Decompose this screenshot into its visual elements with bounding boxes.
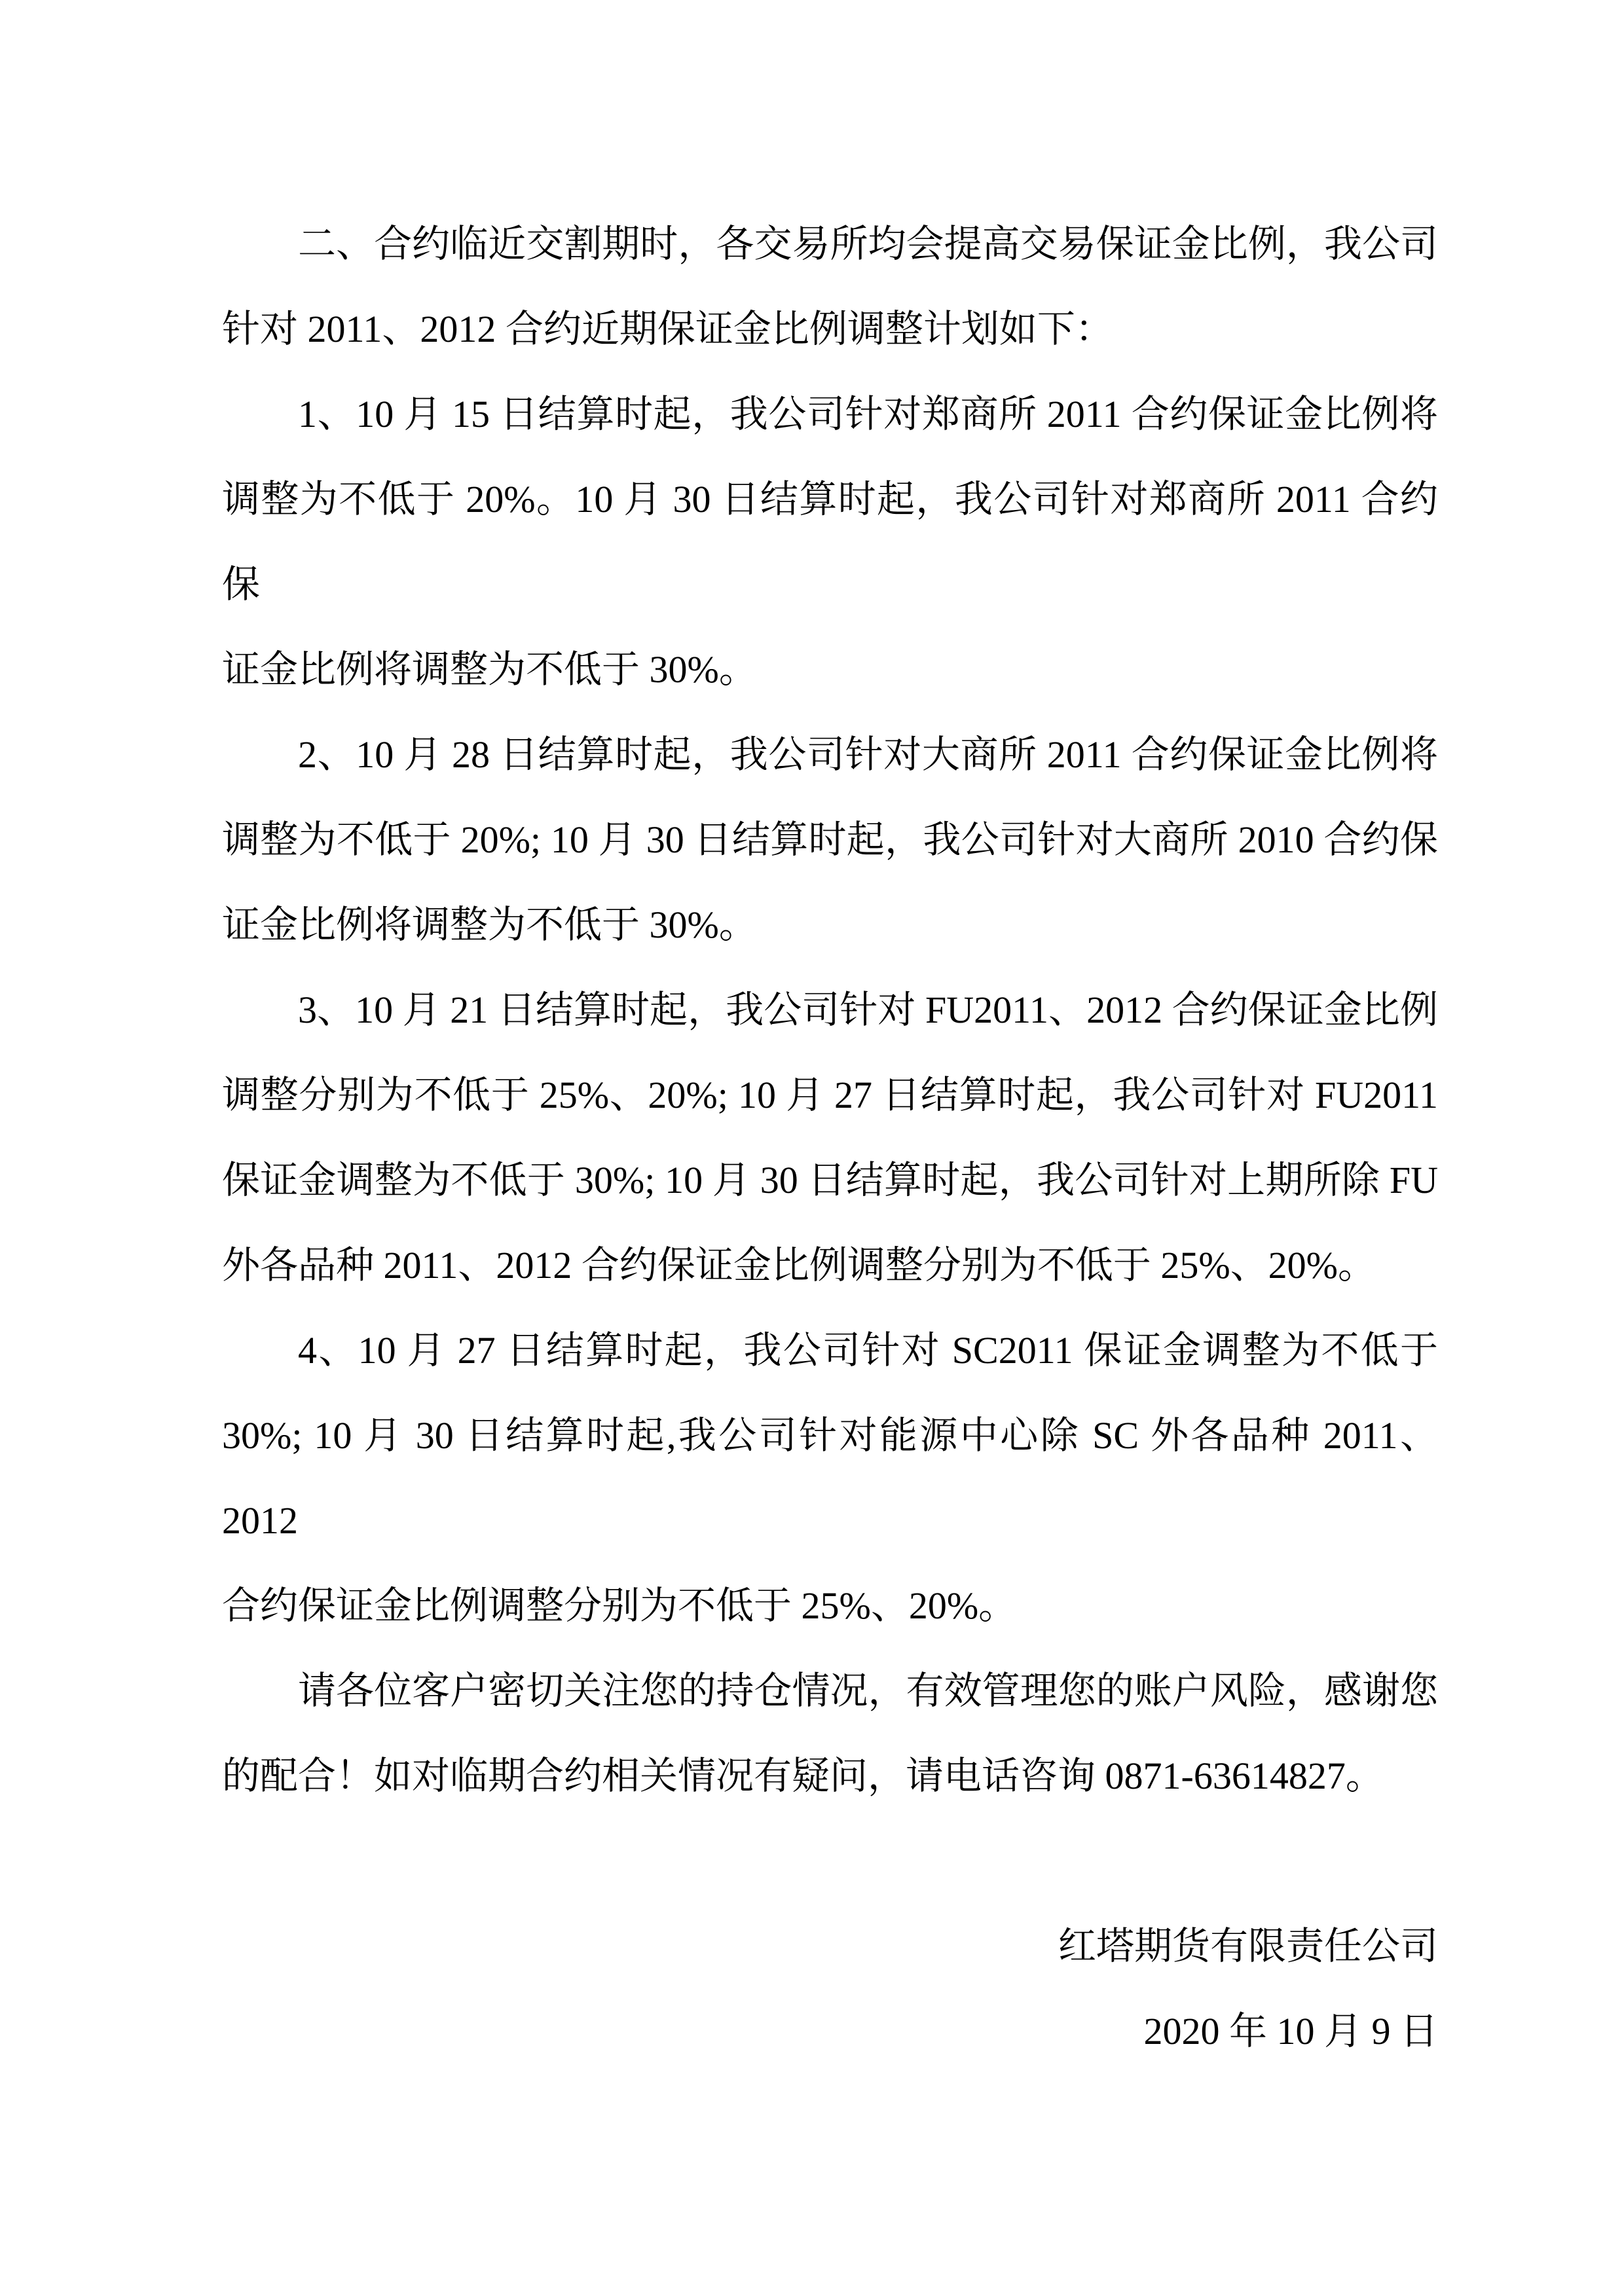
body-line-5: 证金比例将调整为不低于 30%。 [222, 627, 1438, 712]
body-line-12: 外各品种 2011、2012 合约保证金比例调整分别为不低于 25%、20%。 [222, 1223, 1438, 1308]
body-line-2: 针对 2011、2012 合约近期保证金比例调整计划如下： [222, 287, 1438, 372]
body-line-14: 30%; 10 月 30 日结算时起,我公司针对能源中心除 SC 外各品种 20… [222, 1393, 1438, 1563]
document-body: 二、合约临近交割期时，各交易所均会提高交易保证金比例，我公司针对 2011、20… [222, 202, 1438, 2074]
body-line-11: 保证金调整为不低于 30%; 10 月 30 日结算时起，我公司针对上期所除 F… [222, 1138, 1438, 1223]
body-line-8: 证金比例将调整为不低于 30%。 [222, 883, 1438, 968]
body-line-16: 请各位客户密切关注您的持仓情况，有效管理您的账户风险，感谢您 [222, 1649, 1438, 1734]
body-line-15: 合约保证金比例调整分别为不低于 25%、20%。 [222, 1563, 1438, 1649]
body-line-4: 调整为不低于 20%。10 月 30 日结算时起，我公司针对郑商所 2011 合… [222, 457, 1438, 627]
body-line-13: 4、10 月 27 日结算时起，我公司针对 SC2011 保证金调整为不低于 [222, 1308, 1438, 1393]
document-page: 二、合约临近交割期时，各交易所均会提高交易保证金比例，我公司针对 2011、20… [0, 0, 1624, 2296]
body-line-7: 调整为不低于 20%; 10 月 30 日结算时起，我公司针对大商所 2010 … [222, 797, 1438, 883]
blank-line [222, 1819, 1438, 1904]
signature-company: 红塔期货有限责任公司 [222, 1904, 1438, 1989]
body-line-9: 3、10 月 21 日结算时起，我公司针对 FU2011、2012 合约保证金比… [222, 968, 1438, 1053]
body-line-17: 的配合！如对临期合约相关情况有疑问，请电话咨询 0871-63614827。 [222, 1734, 1438, 1819]
signature-date: 2020 年 10 月 9 日 [222, 1989, 1438, 2074]
body-line-10: 调整分别为不低于 25%、20%; 10 月 27 日结算时起，我公司针对 FU… [222, 1053, 1438, 1138]
body-lines: 二、合约临近交割期时，各交易所均会提高交易保证金比例，我公司针对 2011、20… [222, 202, 1438, 1819]
body-line-3: 1、10 月 15 日结算时起，我公司针对郑商所 2011 合约保证金比例将 [222, 372, 1438, 457]
body-line-6: 2、10 月 28 日结算时起，我公司针对大商所 2011 合约保证金比例将 [222, 712, 1438, 797]
body-line-1: 二、合约临近交割期时，各交易所均会提高交易保证金比例，我公司 [222, 202, 1438, 287]
